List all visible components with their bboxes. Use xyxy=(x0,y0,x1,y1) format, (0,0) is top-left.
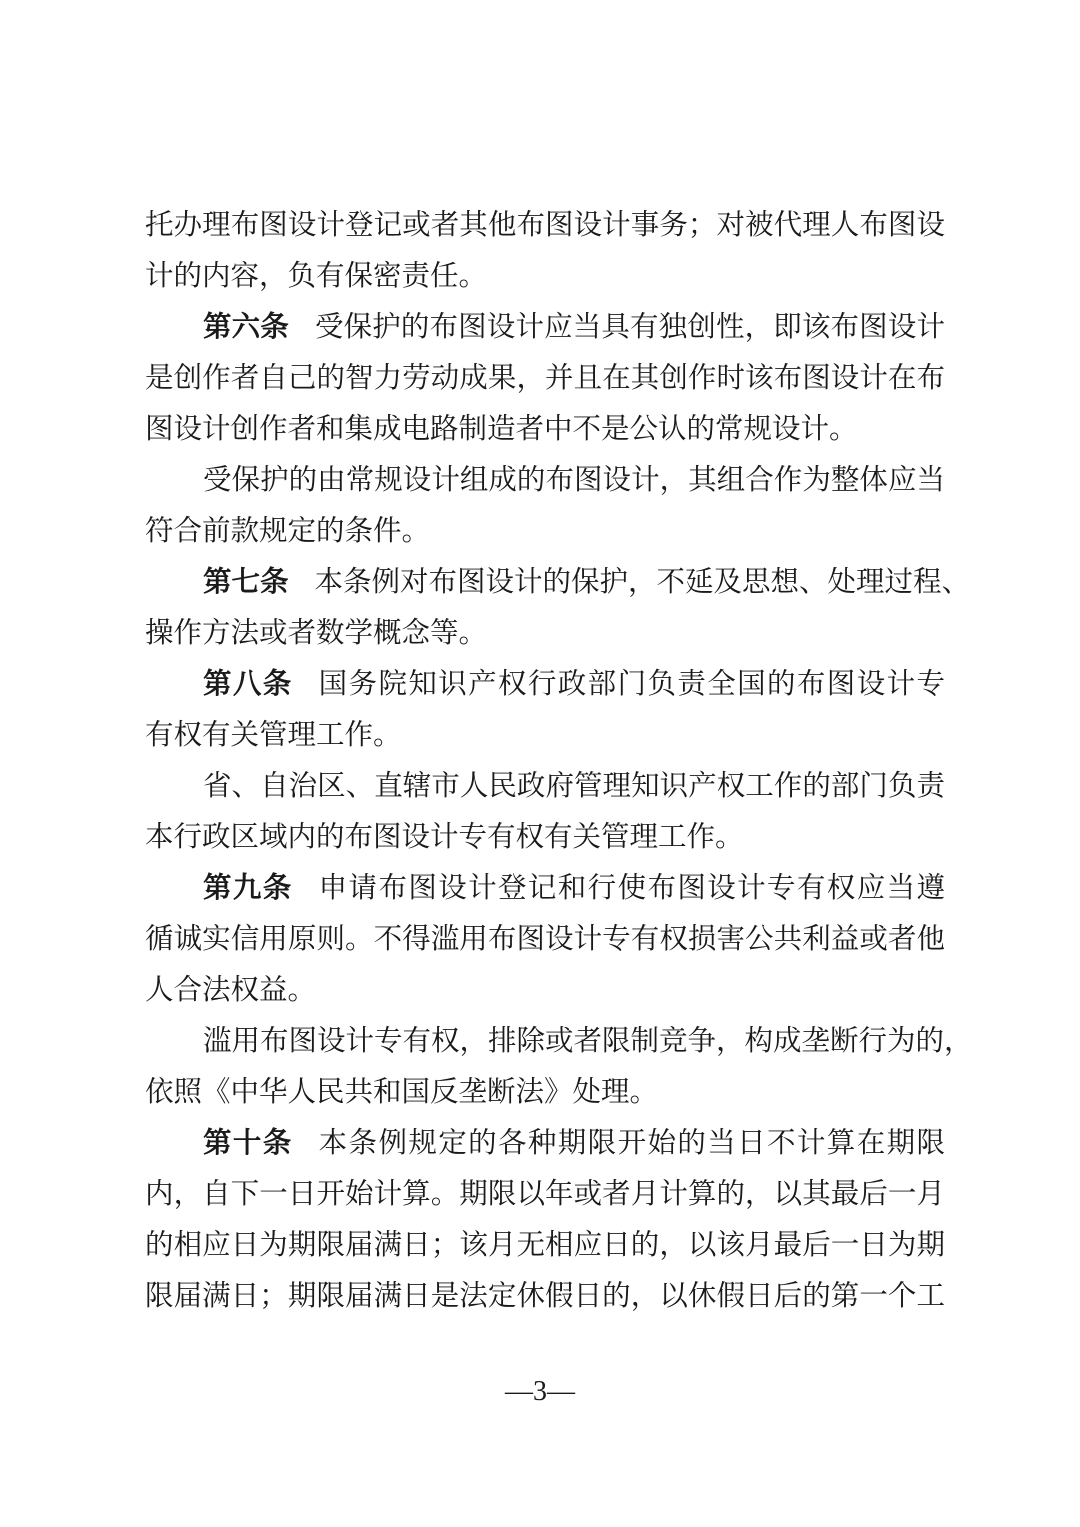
line-text: 内，自下一日开始计算。期限以年或者月计算的，以其最后一月 xyxy=(145,1177,945,1210)
line-text: 依照《中华人民共和国反垄断法》处理。 xyxy=(145,1075,658,1108)
article-heading: 第十条 xyxy=(203,1126,293,1159)
line-text: 本条例对布图设计的保护，不延及思想、处理过程、 xyxy=(315,565,971,598)
line-text: 人合法权益。 xyxy=(145,973,316,1006)
article-line: 第六条受保护的布图设计应当具有独创性，即该布图设计 xyxy=(203,307,945,347)
line-text: 本条例规定的各种期限开始的当日不计算在期限 xyxy=(319,1126,945,1159)
line-text: 是创作者自己的智力劳动成果，并且在其创作时该布图设计在布 xyxy=(145,361,945,394)
line-text: 的相应日为期限届满日；该月无相应日的，以该月最后一日为期 xyxy=(145,1228,945,1261)
article-line: 第十条本条例规定的各种期限开始的当日不计算在期限 xyxy=(203,1123,945,1163)
article-heading: 第九条 xyxy=(203,871,293,904)
text-line: 循诚实信用原则。不得滥用布图设计专有权损害公共利益或者他 xyxy=(145,919,945,959)
text-line: 限届满日；期限届满日是法定休假日的，以休假日后的第一个工 xyxy=(145,1276,945,1316)
line-text: 本行政区域内的布图设计专有权有关管理工作。 xyxy=(145,820,744,853)
article-line: 第七条本条例对布图设计的保护，不延及思想、处理过程、 xyxy=(203,562,945,602)
article-line: 第八条国务院知识产权行政部门负责全国的布图设计专 xyxy=(203,664,945,704)
article-heading: 第七条 xyxy=(203,565,289,598)
text-line: 图设计创作者和集成电路制造者中不是公认的常规设计。 xyxy=(145,409,945,449)
text-line: 有权有关管理工作。 xyxy=(145,715,945,755)
line-text: 申请布图设计登记和行使布图设计专有权应当遵 xyxy=(319,871,945,904)
line-text: 循诚实信用原则。不得滥用布图设计专有权损害公共利益或者他 xyxy=(145,922,945,955)
line-text: 托办理布图设计登记或者其他布图设计事务；对被代理人布图设 xyxy=(145,208,945,241)
article-heading: 第八条 xyxy=(203,667,293,700)
document-page: 托办理布图设计登记或者其他布图设计事务；对被代理人布图设计的内容，负有保密责任。… xyxy=(0,0,1080,1527)
text-line: 内，自下一日开始计算。期限以年或者月计算的，以其最后一月 xyxy=(145,1174,945,1214)
article-heading: 第六条 xyxy=(203,310,289,343)
line-text: 符合前款规定的条件。 xyxy=(145,514,430,547)
line-text: 国务院知识产权行政部门负责全国的布图设计专 xyxy=(319,667,945,700)
text-line: 滥用布图设计专有权，排除或者限制竞争，构成垄断行为的， xyxy=(203,1021,945,1061)
text-line: 操作方法或者数学概念等。 xyxy=(145,613,945,653)
line-text: 操作方法或者数学概念等。 xyxy=(145,616,487,649)
line-text: 计的内容，负有保密责任。 xyxy=(145,259,487,292)
text-line: 符合前款规定的条件。 xyxy=(145,511,945,551)
text-line: 计的内容，负有保密责任。 xyxy=(145,256,945,296)
line-text: 图设计创作者和集成电路制造者中不是公认的常规设计。 xyxy=(145,412,858,445)
line-text: 滥用布图设计专有权，排除或者限制竞争，构成垄断行为的， xyxy=(203,1024,973,1057)
line-text: 限届满日；期限届满日是法定休假日的，以休假日后的第一个工 xyxy=(145,1279,945,1312)
article-line: 第九条申请布图设计登记和行使布图设计专有权应当遵 xyxy=(203,868,945,908)
line-text: 有权有关管理工作。 xyxy=(145,718,402,751)
text-line: 人合法权益。 xyxy=(145,970,945,1010)
line-text: 受保护的布图设计应当具有独创性，即该布图设计 xyxy=(315,310,945,343)
line-text: 省、自治区、直辖市人民政府管理知识产权工作的部门负责 xyxy=(203,769,945,802)
text-line: 本行政区域内的布图设计专有权有关管理工作。 xyxy=(145,817,945,857)
text-line: 受保护的由常规设计组成的布图设计，其组合作为整体应当 xyxy=(203,460,945,500)
text-line: 省、自治区、直辖市人民政府管理知识产权工作的部门负责 xyxy=(203,766,945,806)
line-text: 受保护的由常规设计组成的布图设计，其组合作为整体应当 xyxy=(203,463,945,496)
text-line: 的相应日为期限届满日；该月无相应日的，以该月最后一日为期 xyxy=(145,1225,945,1265)
text-line: 依照《中华人民共和国反垄断法》处理。 xyxy=(145,1072,945,1112)
page-number: —3— xyxy=(0,1372,1080,1412)
text-line: 是创作者自己的智力劳动成果，并且在其创作时该布图设计在布 xyxy=(145,358,945,398)
text-line: 托办理布图设计登记或者其他布图设计事务；对被代理人布图设 xyxy=(145,205,945,245)
